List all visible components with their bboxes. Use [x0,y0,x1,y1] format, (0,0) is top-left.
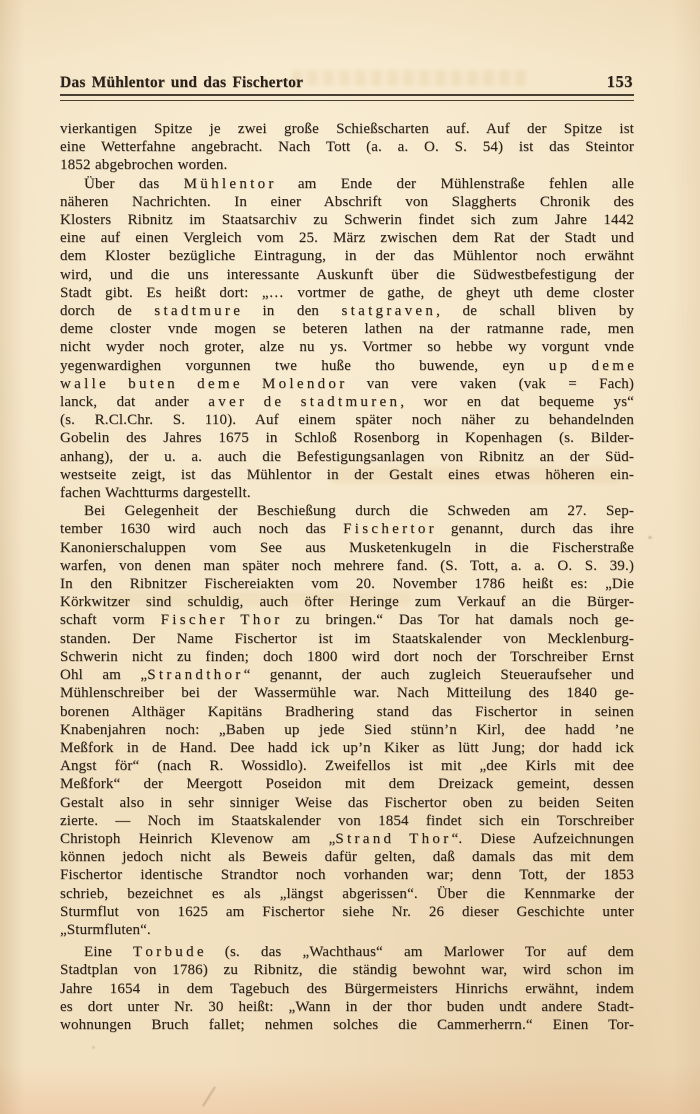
text-line: vierkantigen Spitze je zwei große Schieß… [60,120,634,138]
text-line: schaft vorm F i s c h e r T h o r zu bri… [60,611,634,629]
text-line: Jahre 1654 in dem Tagebuch des Bürgermei… [60,980,634,998]
text-line: westseite zeigt, ist das Mühlentor in de… [60,466,634,484]
text-line: tember 1630 wird auch noch das F i s c h… [60,520,634,538]
text-line: Fischertor identische Strandtor noch vor… [60,866,634,884]
running-header-title: Das Mühlentor und das Fischertor [60,74,303,92]
text-line: können jedoch nicht als Beweis dafür gel… [60,848,634,866]
text-line: Stadt gibt. Es heißt dort: „… vortmer de… [60,284,634,302]
paragraph: vierkantigen Spitze je zwei große Schieß… [60,120,634,175]
paper-scratch [202,1086,216,1107]
text-line: zierte. — Noch im Staatskalender von 185… [60,812,634,830]
text-line: Meßfork“ der Meergott Poseidon mit dem D… [60,775,634,793]
text-line: lanck, dat ander a v e r d e s t a d t m… [60,393,634,411]
page-number: 153 [607,72,633,92]
paragraph: Bei Gelegenheit der Beschießung durch di… [60,502,634,939]
body-text: vierkantigen Spitze je zwei große Schieß… [60,120,634,1034]
text-line: Schwerin nicht zu finden; doch 1800 wird… [60,648,634,666]
text-line: Über das M ü h l e n t o r am Ende der M… [60,175,634,193]
text-line: Mühlenschreiber bei der Wassermühle war.… [60,684,634,702]
header-double-rule [60,94,634,101]
text-line: warfen, von denen man später noch mehrer… [60,557,634,575]
text-line: Ohl am „S t r a n d t h o r “ genannt, d… [60,666,634,684]
text-line: Gestalt also in sehr sinniger Weise das … [60,794,634,812]
text-line: näheren Nachrichten. In einer Abschrift … [60,193,634,211]
text-line: dem Kloster bezügliche Eintragung, in de… [60,247,634,265]
text-line: wird, und die uns interessante Auskunft … [60,266,634,284]
text-line: eine Wetterfahne angebracht. Nach Tott (… [60,138,634,156]
paragraph: Über das M ü h l e n t o r am Ende der M… [60,175,634,503]
text-line: Kanonierschaluppen vom See aus Musketenk… [60,539,634,557]
text-line: yegenwardighen vorgunnen twe huße tho bu… [60,357,634,375]
paper-speck [648,536,652,539]
text-line: Klosters Ribnitz im Staatsarchiv zu Schw… [60,211,634,229]
text-line: borenen Althäger Kapitäns Bradhering sta… [60,703,634,721]
text-line: Christoph Heinrich Klevenow am „S t r a … [60,830,634,848]
text-line: schrieb, bezeichnet es als „längst abger… [60,885,634,903]
text-line: Körkwitzer sind schuldig, auch öfter Her… [60,593,634,611]
text-line: eine auf einen Vergleich vom 25. März zw… [60,229,634,247]
text-line: 1852 abgebrochen worden. [60,156,634,174]
text-line: Bei Gelegenheit der Beschießung durch di… [60,502,634,520]
text-line: Knabenjahren noch: „Baben up jede Sied s… [60,721,634,739]
text-line: Eine T o r b u d e (s. das „Wachthaus“ a… [60,943,634,961]
text-line: es dort unter Nr. 30 heißt: „Wann in der… [60,998,634,1016]
paper-speck [92,1046,95,1049]
text-line: standen. Der Name Fischertor ist im Staa… [60,630,634,648]
text-line: nicht wyder noch groter, alze nu ys. Vor… [60,338,634,356]
paragraph: Eine T o r b u d e (s. das „Wachthaus“ a… [60,943,634,1034]
text-line: dorch de s t a d t m u r e in den s t a … [60,302,634,320]
book-page-scan: Das Mühlentor und das Fischertor 153 vie… [0,0,700,1114]
text-line: fachen Wachtturms dargestellt. [60,484,634,502]
text-line: Meßfork in de Hand. Dee hadd ick up’n Ki… [60,739,634,757]
text-line: deme closter vnde mogen se beteren lathe… [60,320,634,338]
text-line: In den Ribnitzer Fischereiakten vom 20. … [60,575,634,593]
text-line: Gobelin des Jahres 1675 in Schloß Rosenb… [60,429,634,447]
text-line: Angst för“ (nach R. Wossidlo). Zweifello… [60,757,634,775]
text-line: Sturmflut von 1625 am Fischertor siehe N… [60,903,634,921]
text-line: Stadtplan von 1786) zu Ribnitz, die stän… [60,961,634,979]
text-line: anhang), der u. a. auch die Befestigungs… [60,448,634,466]
text-line: (s. R.Cl.Chr. S. 110). Auf einem später … [60,411,634,429]
text-line: „Sturmfluten“. [60,921,634,939]
text-line: wohnungen Bruch fallet; nehmen solches d… [60,1016,634,1034]
running-header: Das Mühlentor und das Fischertor 153 [60,72,633,92]
text-line: w a l l e b u t e n d e m e M o l e n d … [60,375,634,393]
